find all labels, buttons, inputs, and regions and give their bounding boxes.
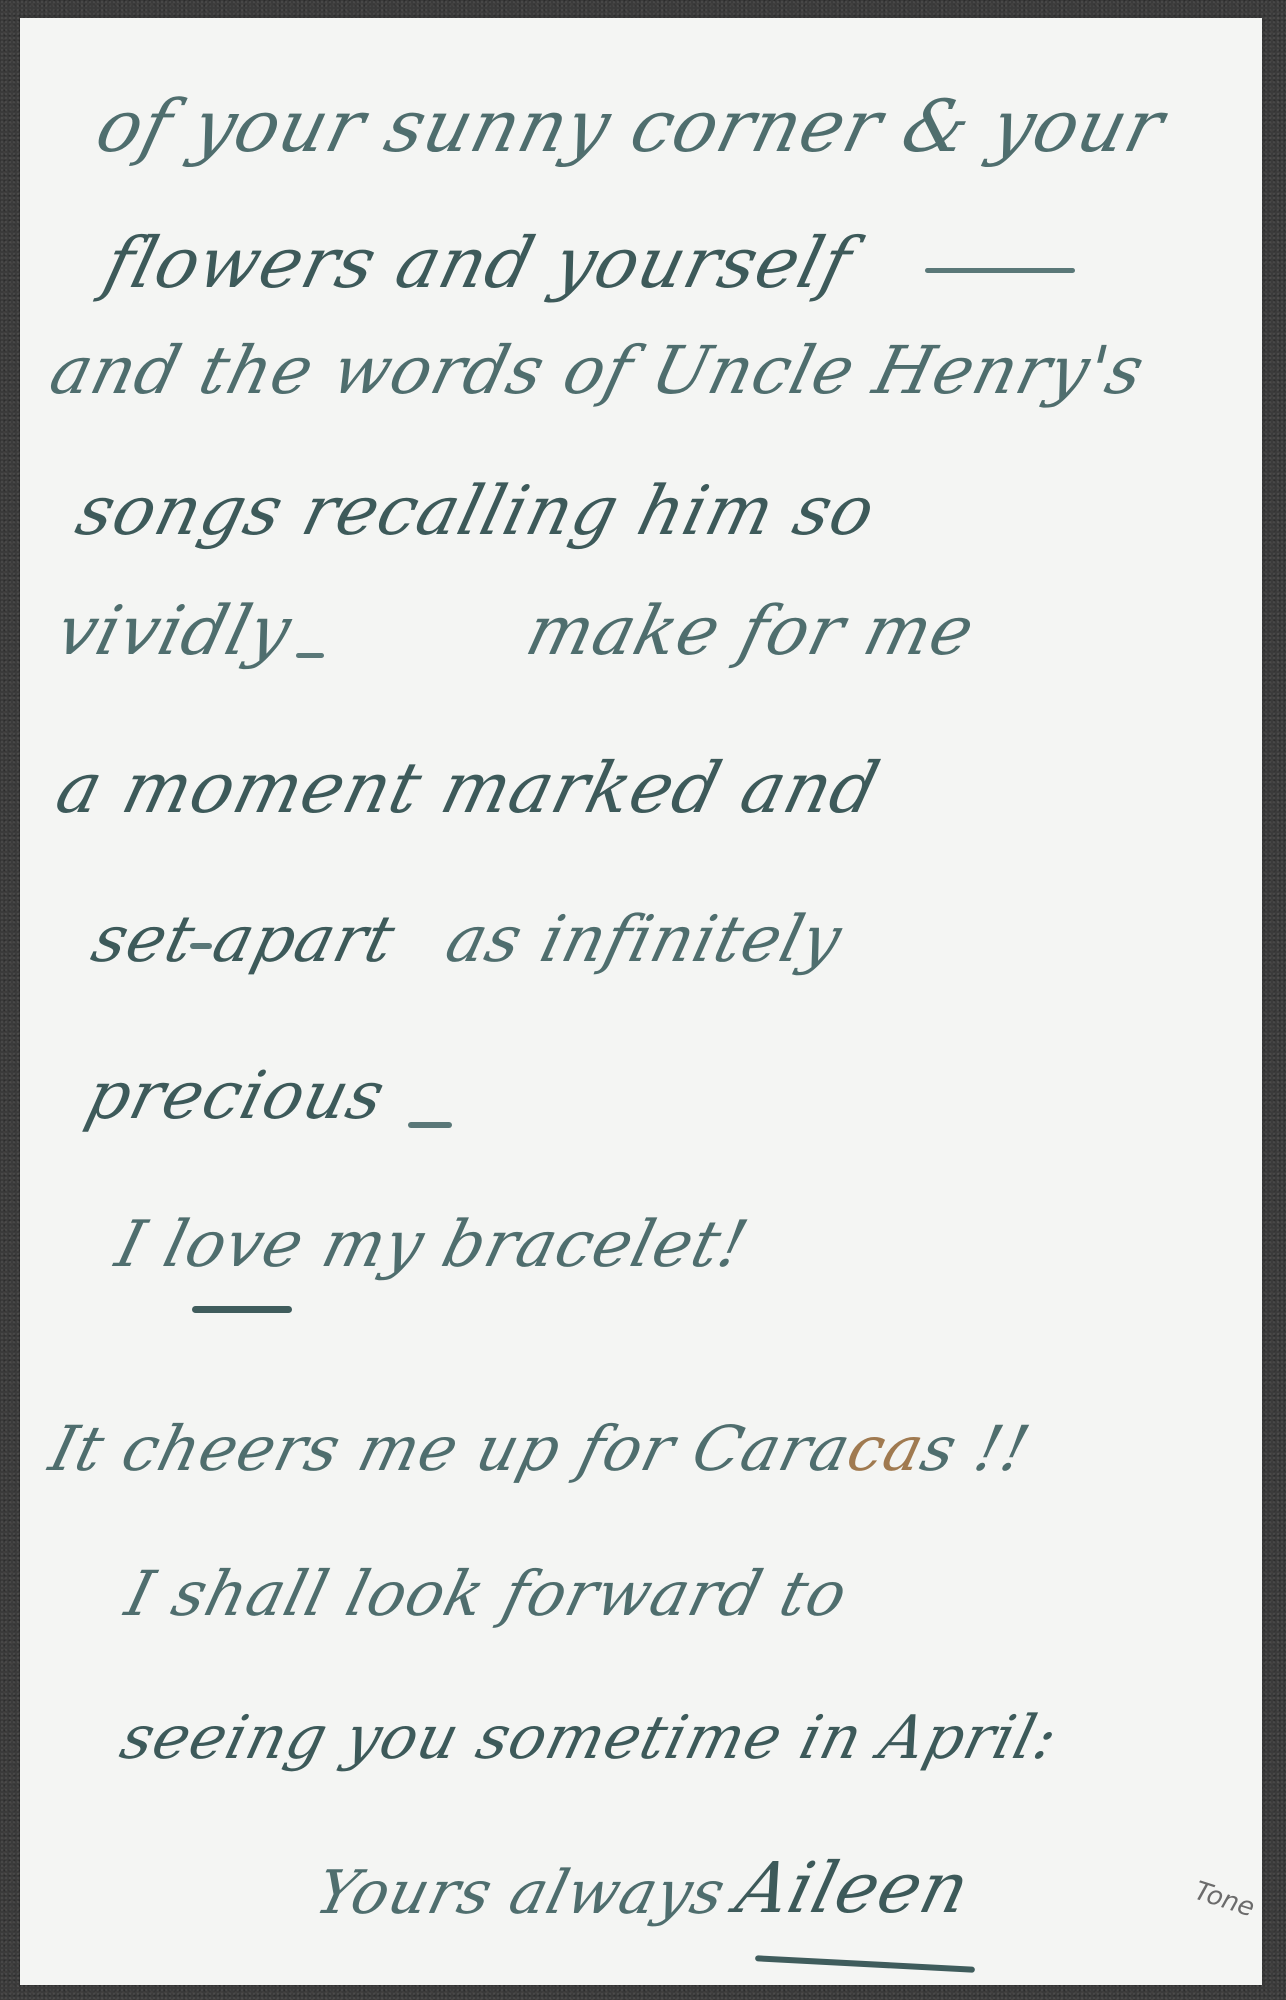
letter-line-8: precious	[80, 1063, 392, 1129]
letter-line-5a: vividly	[50, 598, 298, 666]
closing-yours-always: Yours always	[310, 1863, 731, 1923]
dash	[408, 1122, 452, 1128]
signature-underline	[755, 1955, 975, 1973]
dash	[296, 653, 324, 658]
signature: Aileen	[730, 1853, 977, 1923]
letter-line-3: and the words of Uncle Henry's	[44, 338, 1151, 404]
letter-line-4: songs recalling him so	[70, 478, 882, 546]
letter-line-9: I love my bracelet!	[110, 1213, 754, 1277]
letter-line-12: seeing you sometime in April:	[115, 1708, 1064, 1768]
letter-line-10: It cheers me up for Caracas !!	[44, 1418, 1036, 1480]
letter-line-7b: as infinitely	[440, 908, 848, 972]
line-10-text: It cheers me up for Cara	[43, 1412, 859, 1485]
letter-line-11: I shall look forward to	[120, 1563, 854, 1625]
letter-line-7a: set apart	[86, 908, 401, 972]
line-10-end: s !!	[914, 1412, 1038, 1485]
letter-page: of your sunny corner & your flowers and …	[20, 18, 1262, 1985]
letter-line-6: a moment marked and	[50, 753, 886, 823]
letter-line-2: flowers and yourself	[98, 228, 859, 298]
dash	[190, 943, 212, 949]
letter-line-5b: make for me	[520, 598, 981, 666]
letter-line-1: of your sunny corner & your	[90, 90, 1171, 162]
underline-love	[192, 1306, 292, 1313]
dash	[925, 268, 1075, 273]
pencil-annotation: Tone	[1191, 1876, 1258, 1923]
